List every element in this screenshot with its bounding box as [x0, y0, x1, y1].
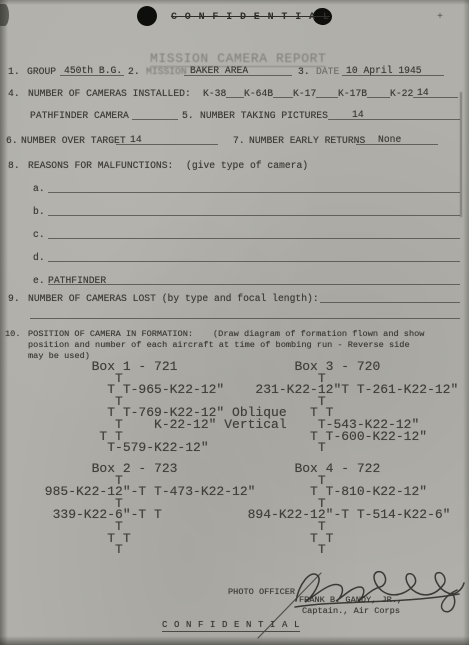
scan-edge-bottom	[0, 636, 469, 645]
q8-note: (give type of camera)	[186, 161, 308, 171]
camera-type-k64b: K-64B	[244, 89, 273, 99]
q9-label: NUMBER OF CAMERAS LOST (by type and foca…	[28, 294, 319, 304]
hole-punch-left	[136, 5, 159, 28]
camera-type-k22: K-22	[390, 89, 413, 99]
photo-officer-label: PHOTO OFFICER	[228, 587, 295, 597]
q6-label: NUMBER OVER TARGET	[21, 136, 126, 146]
scan-edge-left	[0, 0, 8, 645]
camera-type-k17: K-17	[293, 89, 316, 99]
formation-diagram-boxes-2-and-4: Box 2 - 723 Box 4 - 722 T T 985-K22-12"-…	[37, 463, 450, 556]
q8-item-d-blank	[48, 252, 460, 262]
q7-label: NUMBER EARLY RETURNS	[249, 136, 365, 146]
photo-officer-name: FRANK B. GANDY, JR.,	[299, 595, 402, 605]
q1-label-group: GROUP	[27, 67, 56, 77]
q4-pathfinder-label: PATHFINDER CAMERA	[30, 111, 129, 121]
camera-count-blank-k17b	[367, 88, 390, 98]
camera-count-blank-k17	[316, 88, 338, 98]
q5-label: NUMBER TAKING PICTURES	[200, 111, 328, 121]
q6-value: 14	[130, 135, 142, 145]
formation-diagram-boxes-1-and-3: Box 1 - 721 Box 3 - 720 T T T T-965-K22-…	[37, 361, 458, 454]
q8-item-e-blank	[48, 275, 460, 285]
q5-number: 5.	[182, 111, 194, 121]
mission-camera-report-document: C O N F I D E N T I A L + MISSION CAMERA…	[0, 0, 469, 645]
q9-value-blank	[320, 293, 460, 303]
pen-plus-mark: +	[437, 12, 443, 23]
pathfinder-count-blank	[132, 110, 178, 120]
camera-count-blank-k22	[413, 88, 458, 98]
q8-number: 8.	[8, 161, 20, 171]
q7-value: None	[378, 135, 401, 145]
q8-item-c-blank	[48, 229, 460, 239]
q8-item-a-letter: a.	[33, 184, 45, 194]
scan-edge-right	[463, 0, 469, 645]
q9-number: 9.	[8, 294, 20, 304]
q5-value: 14	[352, 110, 364, 120]
q8-item-c-letter: c.	[33, 230, 45, 240]
q7-number: 7.	[233, 136, 245, 146]
q1-number: 1.	[8, 67, 20, 77]
camera-count-blank-k64b	[273, 88, 293, 98]
q2-number: 2.	[128, 67, 140, 77]
q8-item-d-letter: d.	[33, 253, 45, 263]
photo-officer-rank: Captain., Air Corps	[302, 606, 400, 616]
q2-mission-value: BAKER AREA	[190, 66, 248, 76]
q8-item-b-blank	[48, 206, 460, 216]
q10-note-line1: (Draw diagram of formation flown and sho…	[213, 329, 424, 339]
classification-stamp-bottom: C O N F I D E N T I A L	[162, 620, 300, 632]
scan-streak	[460, 92, 462, 217]
q8-label: REASONS FOR MALFUNCTIONS:	[28, 161, 173, 171]
q10-label: POSITION OF CAMERA IN FORMATION:	[28, 329, 193, 339]
q10-note-line2: position and number of each aircraft at …	[28, 340, 410, 350]
q1-group-value: 450th B.G.	[64, 66, 122, 76]
q9-value-blank-line2	[30, 309, 460, 319]
q8-item-b-letter: b.	[33, 207, 45, 217]
q4-number: 4.	[8, 89, 20, 99]
q2-label-mission: MISSION	[146, 67, 187, 77]
q8-item-e-letter: e.	[33, 276, 45, 286]
q3-label-date: DATE	[316, 67, 339, 77]
q3-number: 3.	[298, 67, 310, 77]
q5-value-blank	[328, 110, 460, 120]
q8-item-a-blank	[48, 183, 460, 193]
classification-stamp-top: C O N F I D E N T I A L	[171, 12, 330, 23]
camera-type-k38: K-38	[203, 89, 226, 99]
scan-edge-top	[0, 0, 469, 5]
q4-label: NUMBER OF CAMERAS INSTALLED:	[28, 89, 191, 99]
camera-type-k17b: K-17B	[338, 89, 367, 99]
q3-date-value: 10 April 1945	[346, 66, 422, 76]
camera-count-blank-k38	[226, 88, 244, 98]
